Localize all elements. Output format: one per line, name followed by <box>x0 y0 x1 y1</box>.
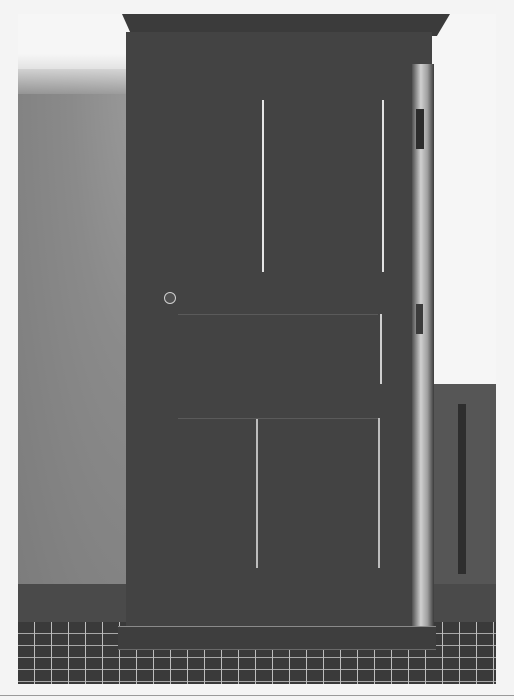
door-panel-lower-left <box>178 418 258 568</box>
photograph <box>18 14 496 684</box>
hinge-icon <box>416 109 424 149</box>
door-panel-lower-right <box>308 418 380 568</box>
wall-shadow <box>18 69 138 594</box>
door-panel-middle <box>178 314 382 384</box>
panel-rail <box>178 418 378 419</box>
cupboard-plinth <box>118 626 436 650</box>
door-knob-icon <box>164 292 176 304</box>
door-panel-upper-left <box>176 100 264 272</box>
door-panel-upper-right <box>312 100 384 272</box>
cupboard-side-edge <box>412 64 434 634</box>
panel-rail <box>178 314 378 315</box>
scan-edge <box>0 695 514 696</box>
wall-gradient <box>18 54 138 94</box>
hinge-icon <box>416 304 423 334</box>
table-leg <box>458 404 466 574</box>
